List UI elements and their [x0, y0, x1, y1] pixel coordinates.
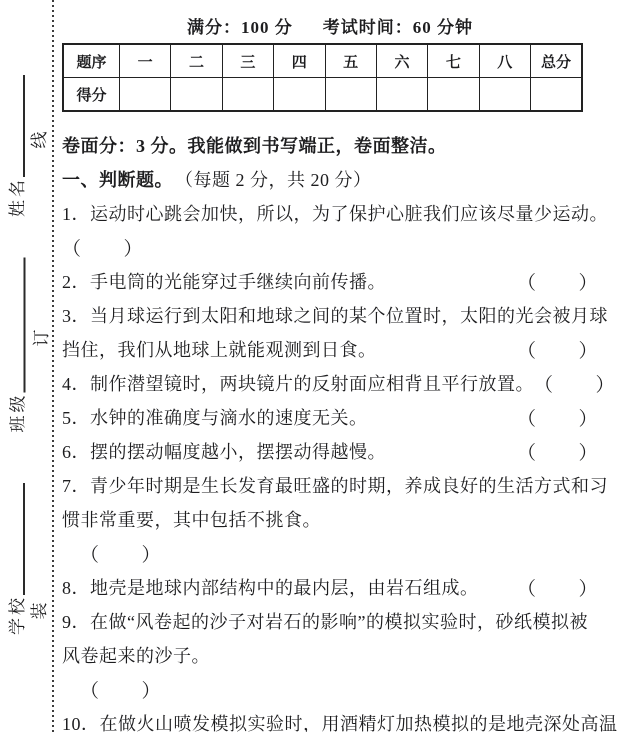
school-underline: [23, 483, 25, 595]
score-cell: [325, 78, 376, 112]
question-text: 1．运动时心跳会加快，所以，为了保护心脏我们应该尽量少运动。: [62, 200, 608, 226]
full-marks-label: 满分：100 分: [187, 13, 293, 38]
score-cell: [376, 78, 427, 112]
column-header-cell: 一: [120, 44, 171, 78]
bracket-open: （: [80, 676, 100, 703]
name-label: 姓名: [8, 177, 28, 217]
question-text: 惯非常重要，其中包括不挑食。: [62, 506, 321, 532]
bracket-close: ）: [578, 336, 598, 363]
question-text: 风卷起来的沙子。: [62, 642, 210, 668]
answer-bracket: （）: [62, 234, 143, 261]
question-text: 7．青少年时期是生长发育最旺盛的时期，养成良好的生活方式和习: [62, 472, 608, 498]
answer-bracket: （）: [517, 336, 598, 363]
class-underline: [24, 258, 26, 393]
bracket-close: ）: [578, 404, 598, 431]
class-label: 班级: [9, 393, 29, 433]
score-cell: [171, 78, 222, 112]
binding-char-zhuang: 装: [29, 600, 51, 622]
bracket-open: （: [534, 370, 554, 397]
score-cell: [222, 78, 273, 112]
question-9-line-1: 9．在做“风卷起的沙子对岩石的影响”的模拟实验时，砂纸模拟被: [62, 604, 598, 638]
bracket-close: ）: [578, 574, 598, 601]
question-7-line-1: 7．青少年时期是生长发育最旺盛的时期，养成良好的生活方式和习: [62, 468, 598, 502]
answer-bracket: （）: [517, 438, 598, 465]
question-3-line-1: 3．当月球运行到太阳和地球之间的某个位置时，太阳的光会被月球: [62, 298, 598, 332]
score-cell: [274, 78, 325, 112]
question-text: 挡住，我们从地球上就能观测到日食。: [62, 336, 377, 362]
bracket-close: ）: [578, 268, 598, 295]
binding-char-xian: 线: [29, 129, 51, 151]
score-cell: [428, 78, 479, 112]
school-field: 学校: [6, 483, 28, 635]
question-text: 5．水钟的准确度与滴水的速度无关。: [62, 404, 368, 430]
question-1-line: 1．运动时心跳会加快，所以，为了保护心脏我们应该尽量少运动。: [62, 196, 598, 230]
score-table-score-row: 得分: [63, 78, 582, 112]
question-text: 4．制作潜望镜时，两块镜片的反射面应相背且平行放置。: [62, 370, 534, 396]
question-8-line: 8．地壳是地球内部结构中的最内层，由岩石组成。 （）: [62, 570, 598, 604]
question-2-line: 2．手电筒的光能穿过手继续向前传播。 （）: [62, 264, 598, 298]
answer-bracket-line-7: （）: [62, 536, 598, 570]
section-note: （每题 2 分，共 20 分）: [175, 166, 372, 192]
answer-bracket: （）: [517, 404, 598, 431]
binding-dashed-line: [52, 0, 54, 732]
question-text: 10．在做火山喷发模拟实验时，用酒精灯加热模拟的是地壳深处高温: [62, 710, 618, 732]
column-header-cell: 二: [171, 44, 222, 78]
exam-meta-header: 满分：100 分 考试时间：60 分钟: [62, 0, 598, 36]
question-9-line-2: 风卷起来的沙子。: [62, 638, 598, 672]
name-field: 姓名: [6, 75, 28, 217]
notice-text: 卷面分：3 分。我能做到书写端正，卷面整洁。: [62, 132, 447, 158]
score-table-header-row: 题序 一 二 三 四 五 六 七 八 总分: [63, 44, 582, 78]
answer-bracket: （）: [80, 676, 161, 703]
bracket-open: （: [517, 404, 537, 431]
column-header-cell: 总分: [531, 44, 583, 78]
binding-char-ding: 订: [31, 327, 53, 349]
bracket-open: （: [80, 540, 100, 567]
bracket-open: （: [517, 574, 537, 601]
column-header-cell: 六: [376, 44, 427, 78]
column-header-cell: 八: [479, 44, 530, 78]
notice-line: 卷面分：3 分。我能做到书写端正，卷面整洁。: [62, 128, 598, 162]
answer-bracket-line-9: （）: [62, 672, 598, 706]
bracket-open: （: [517, 268, 537, 295]
bracket-close: ）: [596, 370, 616, 397]
question-list: 卷面分：3 分。我能做到书写端正，卷面整洁。 一、判断题。 （每题 2 分，共 …: [62, 128, 598, 732]
section-title-line: 一、判断题。 （每题 2 分，共 20 分）: [62, 162, 598, 196]
question-6-line: 6．摆的摆动幅度越小，摆摆动得越慢。 （）: [62, 434, 598, 468]
score-cell: [479, 78, 530, 112]
question-text: 3．当月球运行到太阳和地球之间的某个位置时，太阳的光会被月球: [62, 302, 608, 328]
exam-time-label: 考试时间：60 分钟: [323, 13, 473, 38]
column-header-cell: 三: [222, 44, 273, 78]
class-field: 班级: [7, 258, 29, 433]
question-4-line: 4．制作潜望镜时，两块镜片的反射面应相背且平行放置。 （）: [62, 366, 598, 400]
bracket-close: ）: [142, 676, 162, 703]
order-label-cell: 题序: [63, 44, 120, 78]
score-label-cell: 得分: [63, 78, 120, 112]
question-5-line: 5．水钟的准确度与滴水的速度无关。 （）: [62, 400, 598, 434]
answer-bracket: （）: [534, 370, 615, 397]
score-cell: [120, 78, 171, 112]
section-title: 一、判断题。: [62, 166, 173, 192]
question-text: 8．地壳是地球内部结构中的最内层，由岩石组成。: [62, 574, 479, 600]
name-underline: [23, 75, 25, 177]
score-cell: [531, 78, 583, 112]
answer-bracket: （）: [517, 268, 598, 295]
bracket-open: （: [517, 438, 537, 465]
question-text: 2．手电筒的光能穿过手继续向前传播。: [62, 268, 386, 294]
answer-bracket: （）: [517, 574, 598, 601]
column-header-cell: 四: [274, 44, 325, 78]
question-7-line-2: 惯非常重要，其中包括不挑食。: [62, 502, 598, 536]
question-text: 6．摆的摆动幅度越小，摆摆动得越慢。: [62, 438, 386, 464]
bracket-open: （: [517, 336, 537, 363]
exam-page-content: 满分：100 分 考试时间：60 分钟 题序 一 二 三 四 五 六 七 八 总…: [62, 0, 598, 732]
column-header-cell: 五: [325, 44, 376, 78]
question-3-line-2: 挡住，我们从地球上就能观测到日食。 （）: [62, 332, 598, 366]
question-text: 9．在做“风卷起的沙子对岩石的影响”的模拟实验时，砂纸模拟被: [62, 608, 588, 634]
question-10-line: 10．在做火山喷发模拟实验时，用酒精灯加热模拟的是地壳深处高温: [62, 706, 598, 732]
bracket-close: ）: [124, 234, 144, 261]
answer-bracket: （）: [80, 540, 161, 567]
school-label: 学校: [8, 595, 28, 635]
answer-bracket-line-1: （）: [62, 230, 598, 264]
score-table: 题序 一 二 三 四 五 六 七 八 总分 得分: [62, 43, 583, 112]
bracket-open: （: [62, 234, 82, 261]
bracket-close: ）: [142, 540, 162, 567]
bracket-close: ）: [578, 438, 598, 465]
column-header-cell: 七: [428, 44, 479, 78]
